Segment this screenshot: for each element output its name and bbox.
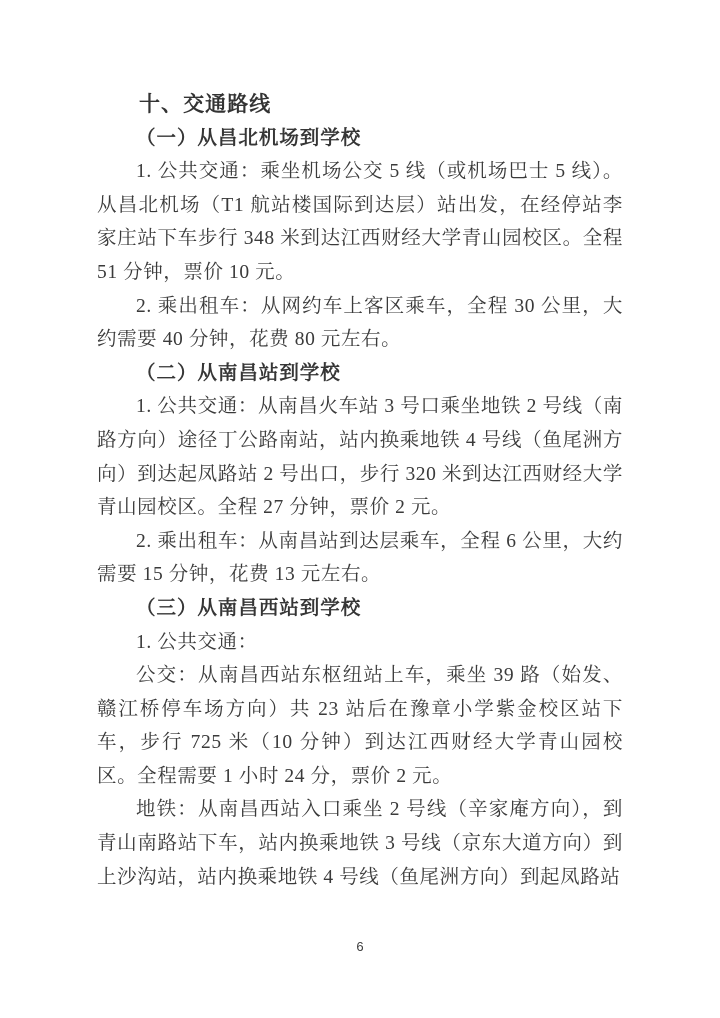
page-footer: 6 [0,938,720,956]
page-content: 十、交通路线 （一）从昌北机场到学校 1. 公共交通：乘坐机场公交 5 线（或机… [97,88,623,894]
paragraph-public-transit: 1. 公共交通：从南昌火车站 3 号口乘坐地铁 2 号线（南路方向）途径丁公路南… [97,390,623,524]
section-nanchang-station: （二）从南昌站到学校 1. 公共交通：从南昌火车站 3 号口乘坐地铁 2 号线（… [97,357,623,592]
paragraph-public-transit: 1. 公共交通：乘坐机场公交 5 线（或机场巴士 5 线）。从昌北机场（T1 航… [97,155,623,289]
section-heading: （二）从南昌站到学校 [97,357,623,391]
document-title: 十、交通路线 [97,88,623,122]
paragraph-taxi: 2. 乘出租车：从南昌站到达层乘车，全程 6 公里，大约需要 15 分钟，花费 … [97,525,623,592]
document-page: 十、交通路线 （一）从昌北机场到学校 1. 公共交通：乘坐机场公交 5 线（或机… [0,0,720,1018]
section-heading: （三）从南昌西站到学校 [97,592,623,626]
paragraph-public-transit-label: 1. 公共交通： [97,626,623,660]
page-number: 6 [356,939,363,954]
section-heading: （一）从昌北机场到学校 [97,122,623,156]
paragraph-taxi: 2. 乘出租车：从网约车上客区乘车，全程 30 公里，大约需要 40 分钟，花费… [97,290,623,357]
section-nanchang-west-station: （三）从南昌西站到学校 1. 公共交通： 公交：从南昌西站东枢纽站上车，乘坐 3… [97,592,623,894]
section-airport: （一）从昌北机场到学校 1. 公共交通：乘坐机场公交 5 线（或机场巴士 5 线… [97,122,623,357]
paragraph-bus: 公交：从南昌西站东枢纽站上车，乘坐 39 路（始发、赣江桥停车场方向）共 23 … [97,659,623,793]
paragraph-metro: 地铁：从南昌西站入口乘坐 2 号线（辛家庵方向），到青山南路站下车，站内换乘地铁… [97,793,623,894]
